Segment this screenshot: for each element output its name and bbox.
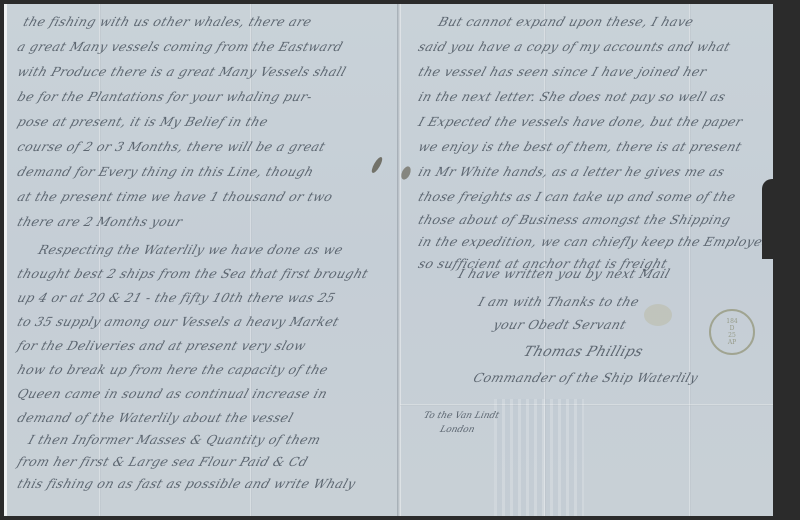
signature-title: Commander of the Ship Waterlily xyxy=(472,370,701,385)
text-line: demand for Every thing in this Line, tho… xyxy=(16,164,316,179)
text-line: in Mr White hands, as a letter he gives … xyxy=(417,164,727,179)
postmark-text: AP xyxy=(728,339,736,346)
text-line: demand of the Waterlily about the vessel xyxy=(16,410,296,425)
text-line: for the Deliveries and at present very s… xyxy=(16,338,309,353)
text-line: there are 2 Months your xyxy=(16,214,185,229)
text-line: from her first & Large sea Flour Paid & … xyxy=(16,454,311,469)
text-line: the vessel has seen since I have joined … xyxy=(417,64,709,79)
text-line: in the next letter. She does not pay so … xyxy=(417,89,728,104)
fold-crease xyxy=(400,404,780,406)
scanner-border xyxy=(773,4,787,516)
text-line: the fishing with us other whales, there … xyxy=(22,14,314,29)
text-line: be for the Plantations for your whaling … xyxy=(16,89,315,104)
fold-crease xyxy=(689,4,691,516)
text-line: how to break up from here the capacity o… xyxy=(16,362,331,377)
postmark-text: 184 xyxy=(726,318,737,325)
salutation: I am with Thanks to the xyxy=(477,294,642,309)
letter-sheet: the fishing with us other whales, there … xyxy=(4,4,787,516)
text-line: Respecting the Waterlily we have done as… xyxy=(37,242,346,257)
text-line: pose at present, it is My Belief in the xyxy=(16,114,271,129)
text-line: thought best 2 ships from the Sea that f… xyxy=(16,266,371,281)
text-line: in the expedition, we can chiefly keep t… xyxy=(417,234,780,249)
address-note: To the Van Lindt London xyxy=(418,409,500,437)
postmark-text: D xyxy=(730,325,735,332)
text-line: those freights as I can take up and some… xyxy=(417,189,738,204)
ink-blot xyxy=(370,156,384,175)
text-line: said you have a copy of my accounts and … xyxy=(417,39,733,54)
signature: Thomas Phillips xyxy=(521,344,645,360)
closing-line: I have written you by next Mail xyxy=(457,266,673,281)
text-line: a great Many vessels coming from the Eas… xyxy=(16,39,345,54)
text-line: to 35 supply among our Vessels a heavy M… xyxy=(16,314,342,329)
postmark-stamp: 184 D 25 AP xyxy=(709,309,755,355)
text-line: with Produce there is a great Many Vesse… xyxy=(16,64,349,79)
salutation: your Obedt Servant xyxy=(492,317,629,332)
stain-mark xyxy=(644,304,672,326)
text-line: course of 2 or 3 Months, there will be a… xyxy=(16,139,328,154)
text-line: But cannot expand upon these, I have xyxy=(437,14,696,29)
text-line: this fishing on as fast as possible and … xyxy=(16,476,358,491)
center-fold-crease xyxy=(397,4,401,516)
text-line: we enjoy is the best of them, there is a… xyxy=(417,139,744,154)
text-line: I then Informer Masses & Quantity of the… xyxy=(27,432,323,447)
text-line: at the present time we have 1 thousand o… xyxy=(16,189,335,204)
text-line: I Expected the vessels have done, but th… xyxy=(417,114,745,129)
address-line: London xyxy=(418,423,497,437)
paper-wrinkle xyxy=(494,399,584,516)
ink-blot xyxy=(399,165,412,181)
text-line: up 4 or at 20 & 21 - the fifty 10th ther… xyxy=(16,290,338,305)
text-line: those about of Business amongst the Ship… xyxy=(417,212,733,227)
address-line: To the Van Lindt xyxy=(422,409,501,423)
text-line: Queen came in sound as continual increas… xyxy=(16,386,330,401)
postmark-text: 25 xyxy=(728,332,736,339)
paper-edge xyxy=(4,4,7,516)
